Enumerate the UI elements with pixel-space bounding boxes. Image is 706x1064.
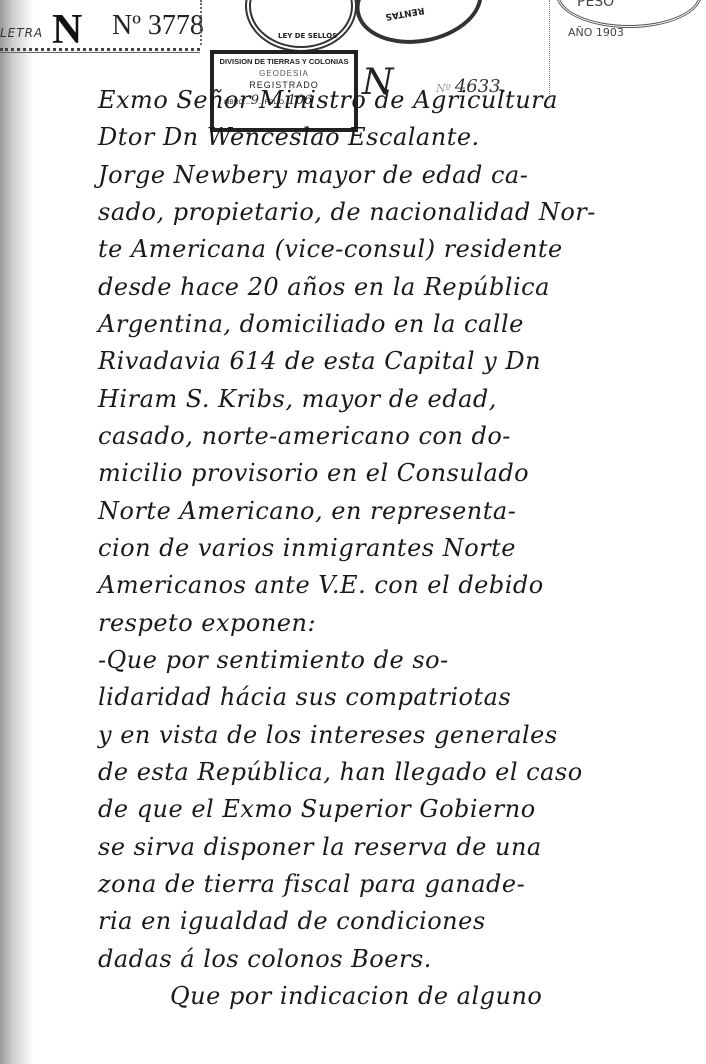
letter-line: respeto exponen: [98, 609, 316, 637]
letter-line: te Americana (vice-consul) residente [98, 235, 563, 263]
letter-line: Norte Americano, en representa- [98, 497, 516, 525]
letter-line: Argentina, domiciliado en la calle [98, 310, 524, 338]
seal-emblem-icon [245, 0, 357, 52]
registry-number: Nº 3778 [112, 10, 204, 42]
perforation-line [200, 0, 202, 45]
letter-line: Americanos ante V.E. con el debido [98, 571, 544, 599]
stamp-division: DIVISION DE TIERRAS Y COLONIAS [214, 57, 354, 66]
letter-line: -Que por sentimiento de so- [98, 646, 449, 674]
letter-line: Hiram S. Kribs, mayor de edad, [98, 385, 497, 413]
page-edge-shadow [0, 0, 34, 1064]
letter-line: ria en igualdad de condiciones [98, 907, 486, 935]
letter-line: Dtor Dn Wenceslao Escalante. [98, 123, 480, 151]
series-label: LETRA [0, 26, 43, 40]
letter-line: lidaridad hácia sus compatriotas [98, 683, 511, 711]
series-letter: N [52, 6, 82, 54]
letter-line: sado, propietario, de nacionalidad Nor- [98, 198, 596, 226]
header-dotted-rule [0, 48, 200, 51]
letter-line: desde hace 20 años en la República [98, 273, 550, 301]
seal-right-value: PESO [577, 0, 614, 10]
seal-right-year: AÑO 1903 [568, 26, 624, 39]
letter-line: de esta República, han llegado el caso [98, 758, 583, 786]
letter-line: micilio provisorio en el Consulado [98, 459, 529, 487]
letter-line: y en vista de los intereses generales [98, 721, 558, 749]
stamp-department: GEODESIA [214, 69, 354, 78]
letter-line: casado, norte-americano con do- [98, 422, 511, 450]
letter-line: Jorge Newbery mayor de edad ca- [98, 161, 528, 189]
letter-line: zona de tierra fiscal para ganade- [98, 870, 525, 898]
letter-line: Exmo Señor Ministro de Agricultura [98, 86, 558, 114]
seal-left-text: LEY DE SELLOS [278, 32, 337, 40]
header-rule [0, 52, 200, 53]
letter-line: dadas á los colonos Boers. [98, 945, 432, 973]
letter-line: Que por indicacion de alguno [170, 982, 542, 1010]
perforation-line-right [549, 0, 550, 100]
letter-line: de que el Exmo Superior Gobierno [98, 795, 536, 823]
letter-line: Rivadavia 614 de esta Capital y Dn [98, 347, 541, 375]
letter-line: se sirva disponer la reserva de una [98, 833, 542, 861]
letter-line: cion de varios inmigrantes Norte [98, 534, 516, 562]
